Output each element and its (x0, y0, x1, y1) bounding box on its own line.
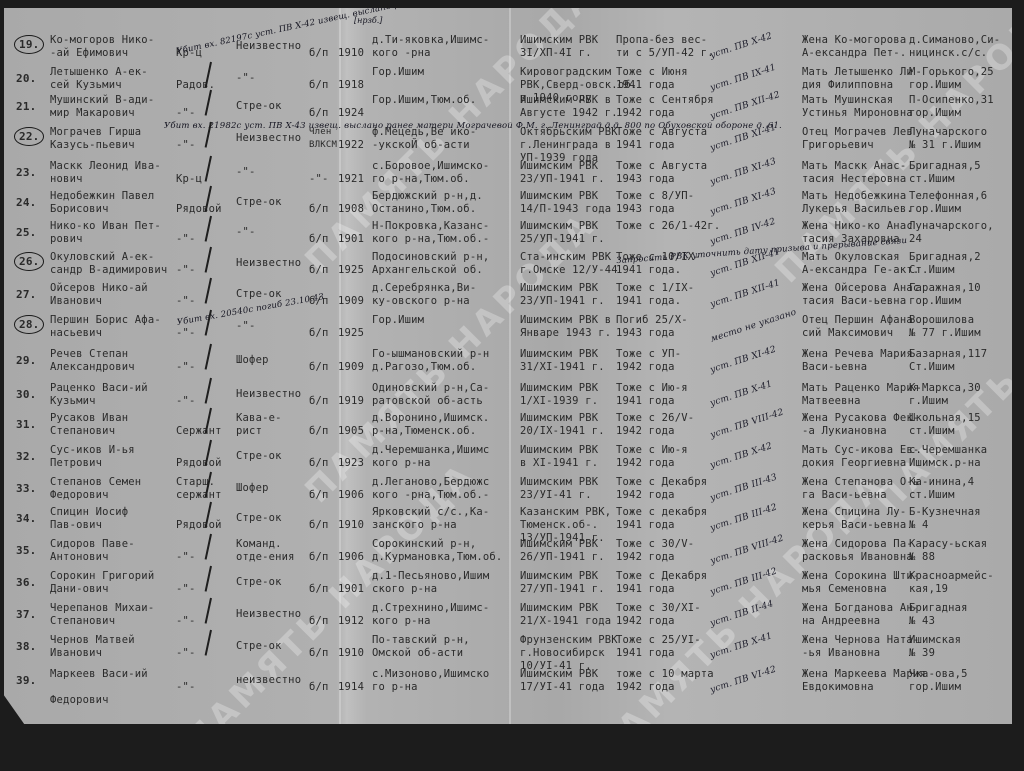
full-name: Першин Борис Афа- насьевич (50, 314, 180, 340)
draft-info: Ишимским РВК в Августе 1942 г. (520, 94, 624, 120)
position: Команд. отде-ения (236, 538, 314, 564)
full-name: Спицин Иосиф Пав-ович (50, 506, 180, 532)
row-number: 25. (16, 226, 36, 239)
fate-status: Тоже с Июня 1941 года (616, 66, 706, 92)
military-rank: -"- (176, 681, 231, 694)
row-number: 29. (16, 354, 36, 367)
draft-info: Ишимским РВК в Январе 1943 г. (520, 314, 624, 340)
full-name: Сорокин Григорий Дани-ович (50, 570, 180, 596)
military-rank: Радов. (176, 79, 231, 92)
row-number: 32. (16, 450, 36, 463)
draft-info: Ишимским РВК 14/П-1943 года (520, 190, 624, 216)
full-name: Ко-могоров Нико- -ай Ефимович (50, 34, 180, 60)
fate-status: Погиб 25/X- 1943 года (616, 314, 706, 340)
party-membership: б/п (309, 583, 329, 596)
party-membership: б/п (309, 395, 329, 408)
row-number: 19. (14, 35, 44, 54)
position: Стре-ок (236, 450, 314, 463)
row-number: 34. (16, 512, 36, 525)
position: -"- (236, 166, 314, 179)
address: Бригадная № 43 (909, 602, 1009, 628)
handwritten-side-note: уст. ПВ XII-42 (709, 89, 782, 124)
fate-status: Тоже с декабря 1941 года (616, 506, 706, 532)
table-row: 39. Маркеев Васи-ий Федорович -"- неизве… (4, 668, 1012, 706)
military-rank: Старш. сержант (176, 476, 231, 502)
row-number: 35. (16, 544, 36, 557)
position: -"- (236, 226, 314, 239)
birthplace: Ярковский с/с.,Ка- занского р-на (372, 506, 512, 532)
draft-info: Ишимским РВК 23/УI-41 г. (520, 476, 624, 502)
military-rank: -"- (176, 264, 231, 277)
full-name: Недобежкин Павел Борисович (50, 190, 180, 216)
birthplace: д.Леганово,Бердюжс кого -рна,Тюм.об.- (372, 476, 512, 502)
birth-year: 1924 (338, 107, 364, 120)
address: с.Черемшанка Ишимск.р-на (909, 444, 1009, 470)
handwritten-side-note: уст. ПВ III-43 (709, 472, 779, 506)
birthplace: д.1-Песьяново,Ишим ского р-на (372, 570, 512, 596)
draft-info: Ишимским РВК 31/XI-1941 г. (520, 348, 624, 374)
table-row: 38. Чернов Матвей Иванович -"- Стре-ок б… (4, 634, 1012, 672)
position: Стре-ок (236, 196, 314, 209)
position: -"- (236, 320, 314, 333)
address: Бригадная,5 ст.Ишим (909, 160, 1009, 186)
military-rank: -"- (176, 583, 231, 596)
handwritten-side-note: уст. ПВ XI-42 (709, 344, 779, 378)
position: Кава-е- рист (236, 412, 314, 438)
row-number: 26. (14, 252, 44, 271)
birthplace: с.Боровое,Ишимско- го р-на,Тюм.об. (372, 160, 512, 186)
fate-status: Тоже с 26/1-42г. (616, 220, 706, 233)
military-rank: -"- (176, 361, 231, 374)
address: Ворошилова № 77 г.Ишим (909, 314, 1009, 340)
position: Шофер (236, 482, 314, 495)
fate-status: Тоже с Декабря 1941 года (616, 570, 706, 596)
birth-year: 1921 (338, 173, 364, 186)
row-number: 33. (16, 482, 36, 495)
military-rank: -"- (176, 395, 231, 408)
birthplace: д.Стрехнино,Ишимс- кого р-на (372, 602, 512, 628)
position: Стре-ок (236, 640, 314, 653)
military-rank: -"- (176, 107, 231, 120)
handwritten-side-note: уст. ПВ X-42 (709, 440, 775, 472)
fate-status: Тоже с УП- 1942 года (616, 348, 706, 374)
birthplace: с.Мизоново,Ишимско го р-на (372, 668, 512, 694)
birth-year: 1906 (338, 489, 364, 502)
party-membership: б/п (309, 327, 329, 340)
party-membership: б/п (309, 361, 329, 374)
military-rank: -"- (176, 233, 231, 246)
birthplace: Гор.Ишим (372, 314, 512, 327)
military-rank: Рядовой (176, 203, 231, 216)
birth-year: 1905 (338, 425, 364, 438)
address: М-Горького,25 гор.Ишим (909, 66, 1009, 92)
address: Телефонная,6 гор.Ишим (909, 190, 1009, 216)
address: Ка-инина,4 ст.Ишим (909, 476, 1009, 502)
party-membership: б/п (309, 107, 329, 120)
row-number: 21. (16, 100, 36, 113)
birth-year: 1906 (338, 551, 364, 564)
full-name: Летышенко А-ек- сей Кузьмич (50, 66, 180, 92)
fate-status: Тоже с Ию-я 1942 года (616, 444, 706, 470)
draft-info: Ишимским РВК 27/УП-1941 г. (520, 570, 624, 596)
address: Красноармейс- кая,19 (909, 570, 1009, 596)
draft-info: Ишимским РВК 26/УП-1941 г. (520, 538, 624, 564)
handwritten-side-note: уст. ПВ III-42 (709, 502, 779, 536)
birthplace: Гор.Ишим (372, 66, 512, 79)
address: Ишимская № 39 (909, 634, 1009, 660)
full-name: Чернов Матвей Иванович (50, 634, 180, 660)
full-name: Русаков Иван Степанович (50, 412, 180, 438)
address: Карасу-ьская № 88 (909, 538, 1009, 564)
table-row: 22. Мограчев Гирша Казусь-пьевич -"- Неи… (4, 126, 1012, 164)
table-row: 29. Речев Степан Александрович -"- Шофер… (4, 348, 1012, 386)
party-membership: б/п (309, 47, 329, 60)
draft-info: Ишимским РВК 1/XI-1939 г. (520, 382, 624, 408)
party-membership: б/п (309, 79, 329, 92)
row-number: 36. (16, 576, 36, 589)
address: П-Осипенко,31 гор.Ишим (909, 94, 1009, 120)
position: неизвестно (236, 674, 314, 687)
birthplace: По-тавский р-н, Омской об-асти (372, 634, 512, 660)
birth-year: 1925 (338, 327, 364, 340)
position: Неизвестно (236, 132, 314, 145)
handwritten-side-note: уст. ПВ III-42 (709, 566, 779, 600)
military-rank: -"- (176, 139, 231, 152)
draft-info: Ишимским РВК 23/УП-1941 г. (520, 160, 624, 186)
address: Луначарского № 31 г.Ишим (909, 126, 1009, 152)
position: -"- (236, 72, 314, 85)
table-row: 28. Першин Борис Афа- насьевич -"- -"- б… (4, 314, 1012, 352)
party-membership: б/п (309, 233, 329, 246)
fate-status: Тоже с Декабря 1942 года (616, 476, 706, 502)
handwritten-side-note: уст. ПВ XII-41 (709, 277, 782, 312)
birthplace: д.Серебрянка,Ви- ку-овского р-на (372, 282, 512, 308)
party-membership: б/п (309, 457, 329, 470)
birthplace: Подосиновский р-н, Архангельской об. (372, 251, 512, 277)
handwritten-side-note: уст. ПВ IX-41 (709, 62, 778, 96)
fate-status: Тоже с Августа 1943 года (616, 160, 706, 186)
fate-status: Тоже с 30/XI- 1942 года (616, 602, 706, 628)
birth-year: 1922 (338, 139, 364, 152)
handwritten-side-note: уст. ПВ X-41 (709, 378, 775, 410)
military-rank: Кр-ц (176, 173, 231, 186)
draft-info: Ишимским РВК 25/УП-1941 г. (520, 220, 624, 246)
birth-year: 1918 (338, 79, 364, 92)
birth-year: 1919 (338, 395, 364, 408)
address: К-Маркса,30 г.Ишим (909, 382, 1009, 408)
party-membership: б/п (309, 551, 329, 564)
position: Стре-ок (236, 576, 314, 589)
row-number: 37. (16, 608, 36, 621)
birth-year: 1923 (338, 457, 364, 470)
birth-year: 1910 (338, 47, 364, 60)
military-rank: -"- (176, 327, 231, 340)
handwritten-side-note: уст. ПВ X-41 (709, 630, 775, 662)
birth-year: 1910 (338, 647, 364, 660)
full-name: Степанов Семен Федорович (50, 476, 180, 502)
position: Шофер (236, 354, 314, 367)
full-name: Сидоров Паве- Антонович (50, 538, 180, 564)
handwritten-annotation: Убит вх. 21982с уст. ПВ X-43 извещ. высл… (164, 120, 782, 133)
birth-year: 1914 (338, 681, 364, 694)
address: д.Симаново,Си- ницинск.с/с. (909, 34, 1009, 60)
party-membership: -"- (309, 173, 329, 186)
row-number: 20. (16, 72, 36, 85)
birthplace: д.Черемшанка,Ишимс кого р-на (372, 444, 512, 470)
birth-year: 1909 (338, 295, 364, 308)
handwritten-side-note: уст. ПВ VI-42 (709, 664, 779, 698)
birthplace: Одиновский р-н,Са- ратовской об-асть (372, 382, 512, 408)
military-rank: -"- (176, 615, 231, 628)
row-number: 39. (16, 674, 36, 687)
full-name: Раценко Васи-ий Кузьмич (50, 382, 180, 408)
row-number: 23. (16, 166, 36, 179)
fate-status: Тоже с 1/IX- 1941 года. (616, 282, 706, 308)
fate-status: Тоже с 30/V- 1942 года (616, 538, 706, 564)
draft-info: Ишимским РВК 17/УI-41 года (520, 668, 624, 694)
party-membership: б/п (309, 425, 329, 438)
position: Стре-ок (236, 100, 314, 113)
address: Б-Кузнечная № 4 (909, 506, 1009, 532)
full-name: Мограчев Гирша Казусь-пьевич (50, 126, 180, 152)
draft-info: Ишимским РВК 3I/XП-4I г. (520, 34, 624, 60)
birth-year: 1908 (338, 203, 364, 216)
handwritten-side-note: уст. ПВ VIII-42 (709, 406, 786, 442)
birthplace: Н-Покровка,Казанс- кого р-на,Тюм.об.- (372, 220, 512, 246)
row-number: 24. (16, 196, 36, 209)
row-number: 31. (16, 418, 36, 431)
military-rank: -"- (176, 551, 231, 564)
draft-info: Ишимским РВК 23/УП-1941 г. (520, 282, 624, 308)
military-rank: Рядовой (176, 457, 231, 470)
row-number: 27. (16, 288, 36, 301)
row-number: 22. (14, 127, 44, 146)
party-membership: б/п (309, 681, 329, 694)
fate-status: Тоже с 25/УI- 1941 года (616, 634, 706, 660)
fate-status: Тоже с Ию-я 1941 года (616, 382, 706, 408)
military-rank: -"- (176, 647, 231, 660)
address: Луначарского, 24 (909, 220, 1009, 246)
fate-status: Пропа-без вес- ти с 5/УП-42 г. (616, 34, 706, 60)
handwritten-side-note: уст. ПВ VIII-42 (709, 532, 786, 568)
birthplace: Гор.Ишим,Тюм.об. (372, 94, 512, 107)
handwritten-side-note: уст. ПВ X-42 (709, 30, 775, 62)
full-name: Черепанов Михаи- Степанович (50, 602, 180, 628)
military-rank: Рядовой (176, 519, 231, 532)
draft-info: Ишимским РВК 21/X-1941 года (520, 602, 624, 628)
party-membership: б/п (309, 615, 329, 628)
military-rank: Сержант (176, 425, 231, 438)
full-name: Речев Степан Александрович (50, 348, 180, 374)
full-name: Окуловский А-ек- сандр В-адимирович (50, 251, 180, 277)
fate-status: тоже с 10 марта 1942 года (616, 668, 706, 694)
full-name: Маркеев Васи-ий Федорович (50, 668, 180, 707)
birth-year: 1910 (338, 519, 364, 532)
birth-year: 1901 (338, 583, 364, 596)
birthplace: Сорокинский р-н, д.Курмановка,Тюм.об. (372, 538, 512, 564)
party-membership: б/п (309, 203, 329, 216)
full-name: Нико-ко Иван Пет- рович (50, 220, 180, 246)
birthplace: Го-ышмановский р-н д.Рагозо,Тюм.об. (372, 348, 512, 374)
position: Неизвестно (236, 388, 314, 401)
full-name: Сус-иков И-ья Петрович (50, 444, 180, 470)
birth-year: 1901 (338, 233, 364, 246)
birthplace: Бердюжский р-н,д. Останино,Тюм.об. (372, 190, 512, 216)
archive-document-sheet: ПАМЯТЬ НАРОДА ПАМЯТЬ НАРОДА ПАМЯТЬ НАРОД… (4, 8, 1012, 724)
address: Гаражная,10 гор.Ишим (909, 282, 1009, 308)
military-rank: -"- (176, 295, 231, 308)
party-membership: б/п (309, 489, 329, 502)
birthplace: д.Ти-яковка,Ишимс- кого -рна (372, 34, 512, 60)
position: Стре-ок (236, 512, 314, 525)
party-membership: б/п (309, 519, 329, 532)
handwritten-side-note: уст. ПВ XI-43 (709, 156, 779, 190)
draft-info: Ишимским РВК 20/IX-1941 г. (520, 412, 624, 438)
full-name: Ойсеров Нико-ай Иванович (50, 282, 180, 308)
birthplace: д.Воронино,Ишимск. р-на,Тюменск.об. (372, 412, 512, 438)
address: Чка-ова,5 гор.Ишим (909, 668, 1009, 694)
position: Неизвестно (236, 608, 314, 621)
row-number: 30. (16, 388, 36, 401)
address: Школьная,15 ст.Ишим (909, 412, 1009, 438)
row-number: 38. (16, 640, 36, 653)
fate-status: Тоже с 8/УП- 1943 года (616, 190, 706, 216)
fate-status: Тоже с Сентября 1942 года (616, 94, 706, 120)
party-membership: б/п (309, 647, 329, 660)
handwritten-side-note: уст. ПВ XI-43 (709, 186, 779, 220)
position: Неизвестно (236, 257, 314, 270)
address: Бригадная,2 Ст.Ишим (909, 251, 1009, 277)
birth-year: 1925 (338, 264, 364, 277)
party-membership: б/п (309, 264, 329, 277)
address: Базарная,117 Ст.Ишим (909, 348, 1009, 374)
full-name: Мушинский В-ади- мир Макарович (50, 94, 180, 120)
draft-info: Ишимским РВК в XI-1941 г. (520, 444, 624, 470)
handwritten-side-note: уст. ПВ II-44 (709, 598, 776, 631)
birth-year: 1912 (338, 615, 364, 628)
full-name: Маскк Леонид Ива- нович (50, 160, 180, 186)
draft-info: Ста-инским РВК г.Омске 12/У-44 (520, 251, 624, 277)
row-number: 28. (14, 315, 44, 334)
fate-status: Тоже с 26/V- 1942 года (616, 412, 706, 438)
birth-year: 1909 (338, 361, 364, 374)
